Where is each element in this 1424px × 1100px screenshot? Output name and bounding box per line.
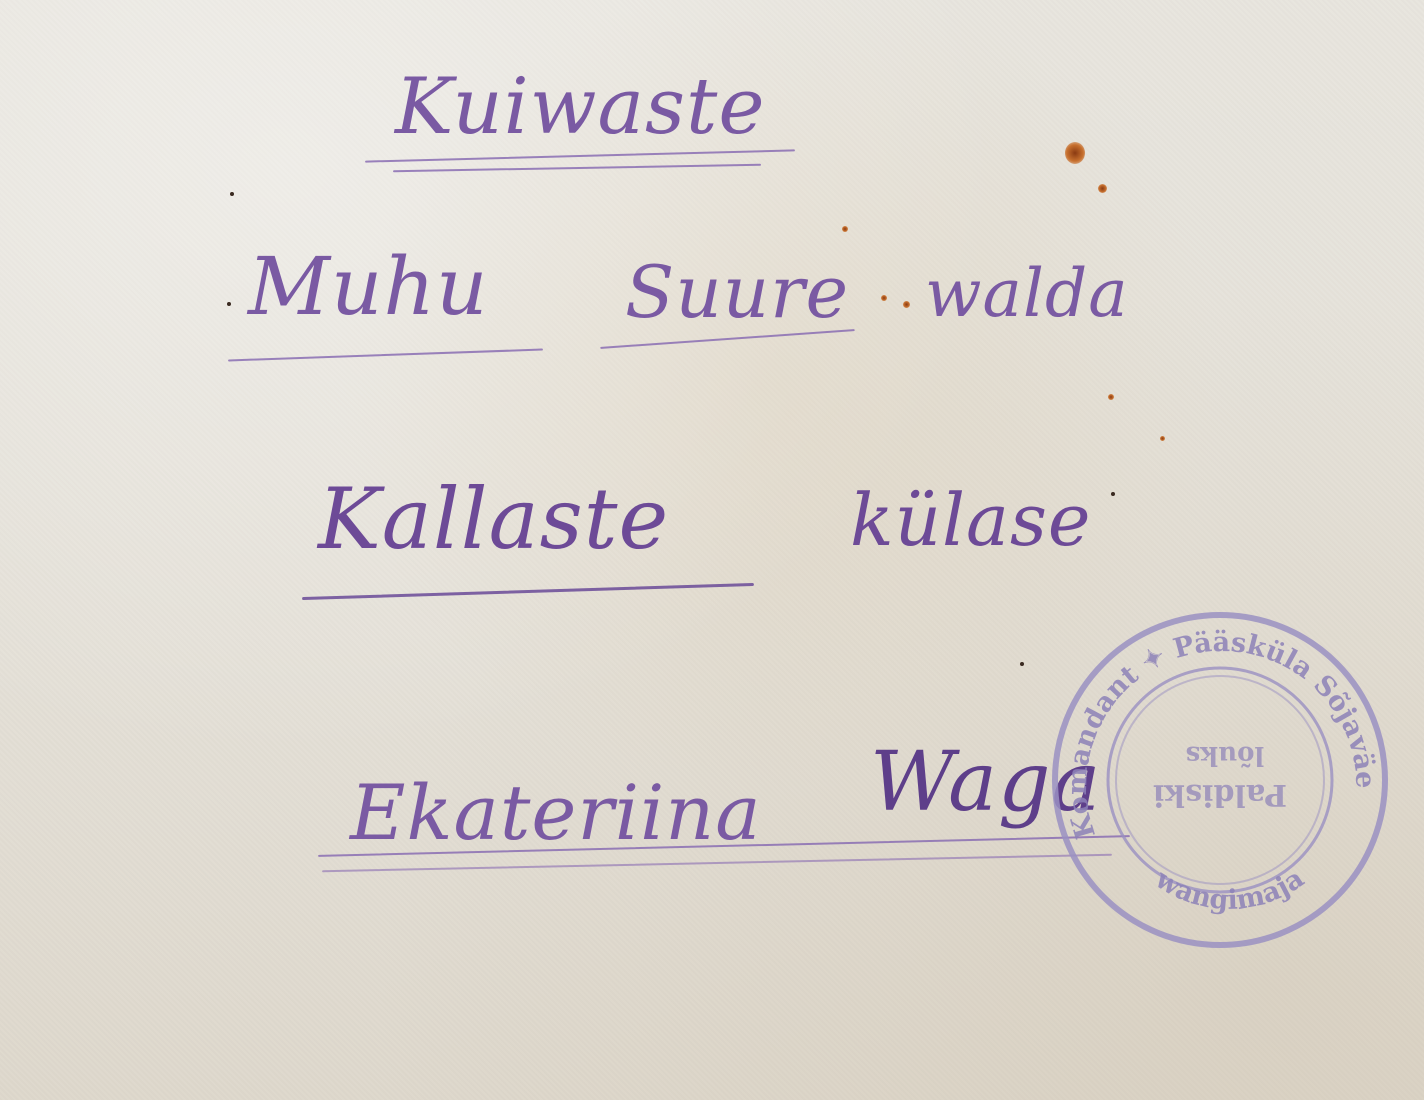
svg-text:wangimaja: wangimaja [1149,863,1310,916]
rust-spot [842,226,848,232]
underline [302,583,754,600]
address-line-parish-3: walda [925,255,1129,332]
rust-spot [1160,436,1165,441]
rust-spot [1098,184,1107,193]
ink-speck [227,302,231,306]
stamp-inner-line-2: lõuks [1186,740,1265,770]
underline [393,164,761,172]
address-line-town: Kuiwaste [395,62,766,152]
recipient-first-name: Ekateriina [350,768,762,857]
rust-spot [1108,394,1114,400]
rust-spot [903,301,910,308]
address-line-village-2: külase [850,478,1092,562]
underline [228,349,543,362]
stamp-ring-icon: Komandant ✦ Pääsküla Sõjaväe wangimaja P… [1045,605,1395,955]
postal-stamp: Komandant ✦ Pääsküla Sõjaväe wangimaja P… [1045,605,1395,955]
ink-speck [1020,662,1024,666]
address-line-village-1: Kallaste [318,470,669,568]
ink-speck [230,192,234,196]
address-line-parish-1: Muhu [248,240,488,333]
rust-spot [881,295,887,301]
stamp-inner-line-1: Paldiski [1153,777,1287,812]
ink-speck [1111,492,1115,496]
stamp-bottom-text: wangimaja [1149,863,1310,916]
envelope: Kuiwaste Muhu Suure walda Kallaste külas… [0,0,1424,1100]
rust-spot [1065,142,1085,164]
address-line-parish-2: Suure [625,250,849,334]
